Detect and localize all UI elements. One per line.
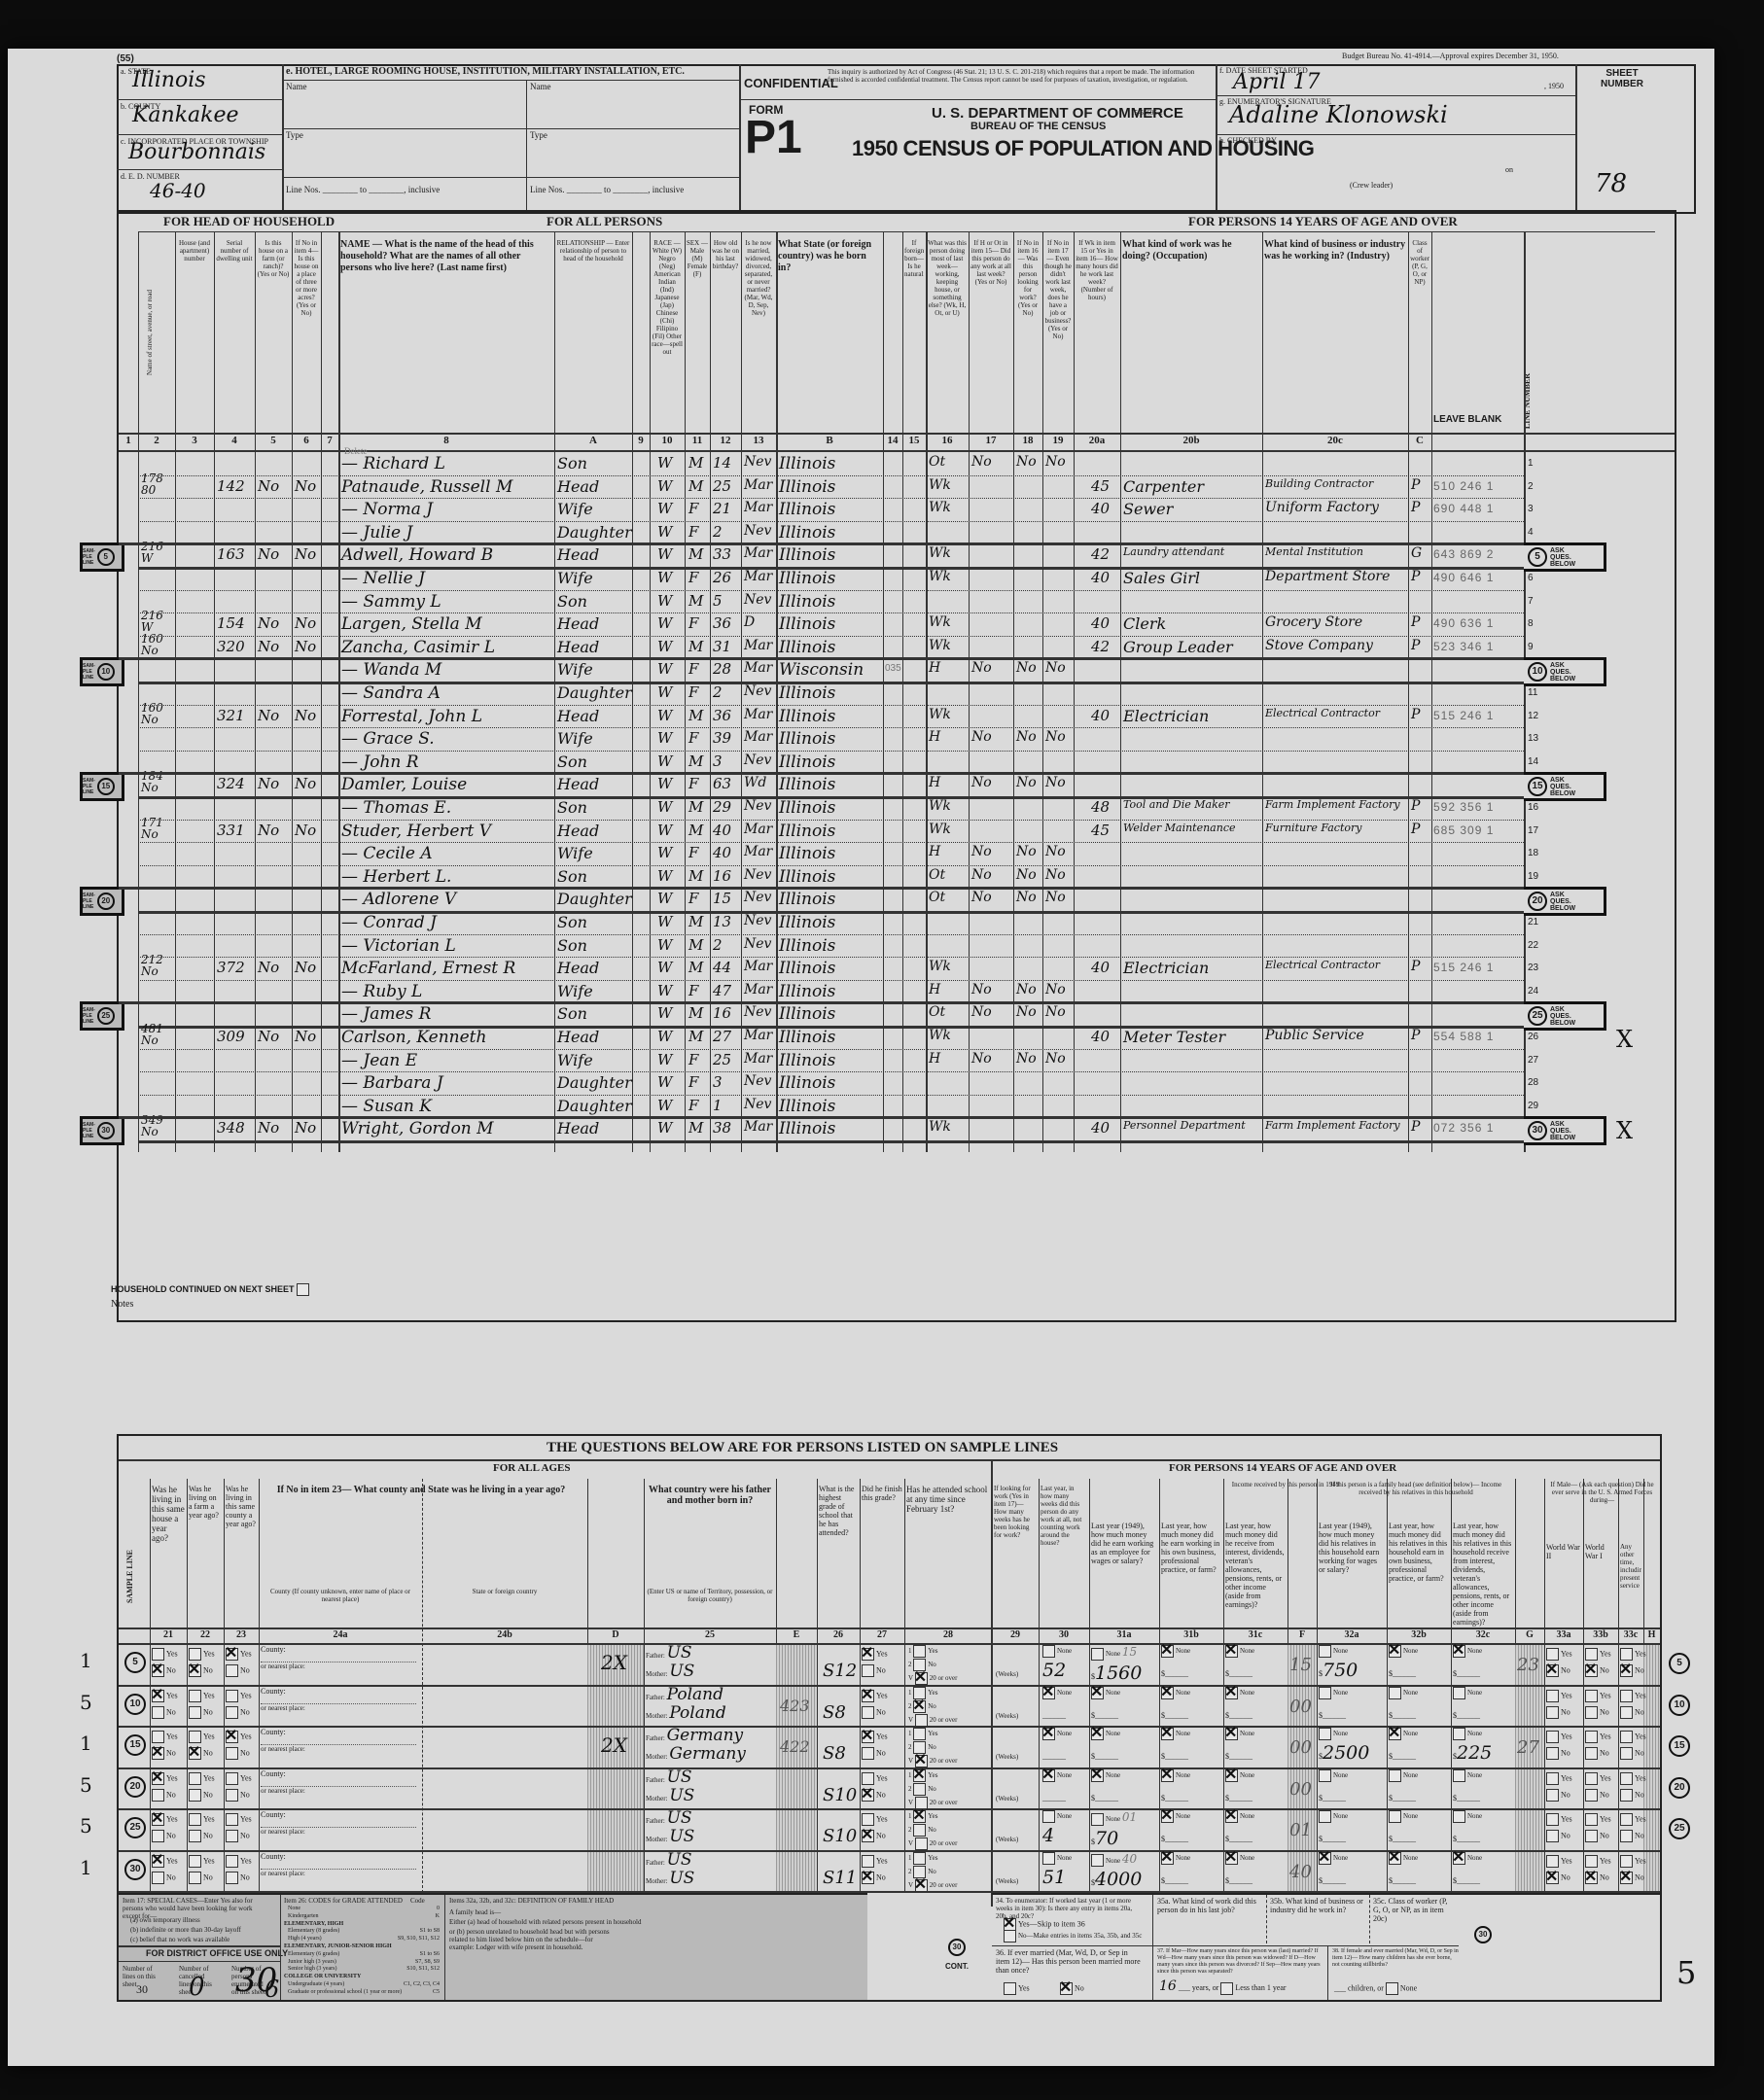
c30-field[interactable]: None4 — [1042, 1810, 1072, 1846]
race-cell[interactable]: W — [657, 1051, 672, 1068]
age-cell[interactable]: 63 — [713, 775, 731, 792]
marital-cell[interactable]: Mar — [744, 982, 772, 997]
dwelling-cell[interactable]: 320 — [217, 638, 245, 655]
race-cell[interactable]: W — [657, 936, 672, 954]
has_job-cell[interactable]: No — [1045, 1051, 1066, 1067]
sex-cell[interactable]: F — [688, 775, 698, 792]
marital-cell[interactable]: Nev — [744, 752, 771, 768]
birthplace-cell[interactable]: Illinois — [779, 982, 835, 1001]
age-cell[interactable]: 40 — [713, 844, 731, 861]
weeks-looking[interactable]: (Weeks) — [996, 1808, 1018, 1843]
race-cell[interactable]: W — [657, 775, 672, 792]
dwelling-cell[interactable]: 324 — [217, 775, 245, 792]
dwelling-cell[interactable]: 309 — [217, 1028, 245, 1045]
marital-cell[interactable]: Mar — [744, 822, 772, 837]
relationship-cell[interactable]: Head — [557, 638, 599, 656]
c27-checkbox[interactable]: YesNo — [862, 1648, 888, 1677]
looking-cell[interactable]: No — [1016, 1004, 1037, 1020]
sex-cell[interactable]: F — [688, 844, 698, 861]
parents-birthplace[interactable]: Father: GermanyMother: Germany — [646, 1726, 746, 1767]
activity-cell[interactable]: Wk — [929, 1119, 951, 1135]
weeks-looking[interactable]: (Weeks) — [996, 1767, 1018, 1802]
hours-cell[interactable]: 45 — [1091, 477, 1110, 495]
house-cell[interactable]: 80 — [141, 483, 156, 497]
occupation-cell[interactable]: Sewer — [1123, 500, 1173, 518]
marital-cell[interactable]: Mar — [744, 1051, 772, 1067]
c22-checkbox[interactable]: YesNo — [189, 1690, 215, 1719]
c31b-field[interactable]: None$______ — [1161, 1728, 1190, 1764]
age-cell[interactable]: 5 — [713, 592, 723, 610]
age-cell[interactable]: 28 — [713, 660, 731, 678]
c33a-checkbox[interactable]: YesNo — [1546, 1855, 1572, 1884]
farm-cell[interactable]: No — [258, 707, 279, 724]
birthplace-cell[interactable]: Illinois — [779, 890, 835, 909]
marital-cell[interactable]: Nev — [744, 454, 771, 470]
c31b-field[interactable]: None$______ — [1161, 1645, 1190, 1681]
birthplace-cell[interactable]: Illinois — [779, 1051, 835, 1070]
county-field[interactable]: County:or nearest place: — [261, 1810, 416, 1836]
c22-checkbox[interactable]: YesNo — [189, 1855, 215, 1884]
activity-cell[interactable]: Ot — [929, 867, 945, 883]
relationship-cell[interactable]: Son — [557, 752, 587, 771]
relationship-cell[interactable]: Wife — [557, 1051, 593, 1069]
weeks-looking[interactable]: (Weeks) — [996, 1726, 1018, 1761]
sex-cell[interactable]: F — [688, 569, 698, 586]
c31a-field[interactable]: None 01$70 — [1091, 1810, 1137, 1849]
county-value[interactable]: Kankakee — [132, 103, 239, 127]
activity-cell[interactable]: H — [929, 844, 940, 859]
acres-cell[interactable]: No — [295, 822, 316, 839]
age-cell[interactable]: 3 — [713, 752, 723, 770]
sex-cell[interactable]: M — [688, 867, 703, 885]
c33c-checkbox[interactable]: YesNo — [1620, 1855, 1646, 1884]
sex-cell[interactable]: F — [688, 523, 698, 541]
age-cell[interactable]: 33 — [713, 545, 731, 563]
race-cell[interactable]: W — [657, 1073, 672, 1091]
c23-checkbox[interactable]: YesNo — [226, 1648, 252, 1677]
house-cell[interactable]: No — [141, 1033, 159, 1047]
c32a-field[interactable]: None$2500 — [1319, 1728, 1369, 1764]
c21-checkbox[interactable]: YesNo — [152, 1772, 178, 1802]
birthplace-cell[interactable]: Illinois — [779, 798, 835, 818]
c23-checkbox[interactable]: YesNo — [226, 1731, 252, 1760]
acres-cell[interactable]: No — [295, 614, 316, 632]
relationship-cell[interactable]: Head — [557, 959, 599, 977]
c33c-checkbox[interactable]: YesNo — [1620, 1813, 1646, 1842]
birthplace-cell[interactable]: Illinois — [779, 844, 835, 863]
sex-cell[interactable]: M — [688, 592, 703, 610]
farm-cell[interactable]: No — [258, 545, 279, 563]
c33b-checkbox[interactable]: YesNo — [1585, 1648, 1611, 1677]
birthplace-cell[interactable]: Illinois — [779, 569, 835, 588]
c22-checkbox[interactable]: YesNo — [189, 1772, 215, 1802]
has_job-cell[interactable]: No — [1045, 890, 1066, 905]
c31a-field[interactable]: None 40$4000 — [1091, 1852, 1142, 1891]
sex-cell[interactable]: M — [688, 638, 703, 655]
marital-cell[interactable]: Wd — [744, 775, 766, 790]
relationship-cell[interactable]: Son — [557, 1004, 587, 1023]
sex-cell[interactable]: F — [688, 982, 698, 999]
name-cell[interactable]: — Adlorene V — [341, 890, 456, 909]
relationship-cell[interactable]: Head — [557, 707, 599, 725]
c31c-field[interactable]: None$______ — [1225, 1769, 1254, 1805]
c27-checkbox[interactable]: YesNo — [862, 1731, 888, 1760]
relationship-cell[interactable]: Daughter — [557, 890, 632, 908]
class-cell[interactable]: P — [1411, 614, 1420, 630]
c22-checkbox[interactable]: YesNo — [189, 1813, 215, 1842]
sex-cell[interactable]: M — [688, 913, 703, 930]
industry-cell[interactable]: Furniture Factory — [1265, 822, 1361, 834]
sex-cell[interactable]: F — [688, 1051, 698, 1068]
c33c-checkbox[interactable]: YesNo — [1620, 1731, 1646, 1760]
c32c-field[interactable]: None$______ — [1453, 1810, 1482, 1846]
has_job-cell[interactable]: No — [1045, 729, 1066, 745]
birthplace-cell[interactable]: Wisconsin — [779, 660, 864, 680]
c32a-field[interactable]: None$______ — [1319, 1852, 1348, 1888]
sex-cell[interactable]: F — [688, 890, 698, 907]
race-cell[interactable]: W — [657, 844, 672, 861]
industry-cell[interactable]: Farm Implement Factory — [1265, 1119, 1400, 1132]
c33b-checkbox[interactable]: YesNo — [1585, 1772, 1611, 1802]
activity-cell[interactable]: Wk — [929, 959, 951, 974]
birthplace-cell[interactable]: Illinois — [779, 775, 835, 794]
marital-cell[interactable]: Nev — [744, 1073, 771, 1089]
name-cell[interactable]: — Jean E — [341, 1051, 417, 1070]
relationship-cell[interactable]: Head — [557, 545, 599, 564]
name-cell[interactable]: — Victorian L — [341, 936, 456, 956]
worked-cell[interactable]: No — [971, 982, 992, 997]
place-value[interactable]: Bourbonnais — [128, 140, 265, 164]
c33a-checkbox[interactable]: YesNo — [1546, 1690, 1572, 1719]
activity-cell[interactable]: Wk — [929, 1028, 951, 1043]
c31c-field[interactable]: None$______ — [1225, 1810, 1254, 1846]
race-cell[interactable]: W — [657, 477, 672, 495]
marital-cell[interactable]: Nev — [744, 798, 771, 814]
looking-cell[interactable]: No — [1016, 867, 1037, 883]
race-cell[interactable]: W — [657, 707, 672, 724]
birthplace-cell[interactable]: Illinois — [779, 523, 835, 542]
activity-cell[interactable]: Ot — [929, 1004, 945, 1020]
age-cell[interactable]: 2 — [713, 936, 723, 954]
looking-cell[interactable]: No — [1016, 454, 1037, 470]
relationship-cell[interactable]: Head — [557, 614, 599, 633]
has_job-cell[interactable]: No — [1045, 660, 1066, 676]
c32c-field[interactable]: None$______ — [1453, 1852, 1482, 1888]
sex-cell[interactable]: M — [688, 822, 703, 839]
relationship-cell[interactable]: Son — [557, 867, 587, 886]
grade-attended[interactable]: S8 — [823, 1743, 846, 1764]
birthplace-cell[interactable]: Illinois — [779, 959, 835, 978]
age-cell[interactable]: 16 — [713, 867, 731, 885]
ed-value[interactable]: 46-40 — [150, 179, 206, 202]
worked-cell[interactable]: No — [971, 454, 992, 470]
industry-cell[interactable]: Public Service — [1265, 1028, 1364, 1043]
activity-cell[interactable]: H — [929, 660, 940, 676]
name-cell[interactable]: — Cecile A — [341, 844, 433, 863]
farm-cell[interactable]: No — [258, 614, 279, 632]
sex-cell[interactable]: M — [688, 936, 703, 954]
c31c-field[interactable]: None$______ — [1225, 1852, 1254, 1888]
house-cell[interactable]: No — [141, 1125, 159, 1138]
c31a-field[interactable]: None$______ — [1091, 1769, 1120, 1805]
occupation-cell[interactable]: Electrician — [1123, 707, 1209, 725]
name-cell[interactable]: Adwell, Howard B — [341, 545, 493, 565]
house-cell[interactable]: No — [141, 827, 159, 841]
c31b-field[interactable]: None$______ — [1161, 1852, 1190, 1888]
c33b-checkbox[interactable]: YesNo — [1585, 1855, 1611, 1884]
c21-checkbox[interactable]: YesNo — [152, 1648, 178, 1677]
age-cell[interactable]: 36 — [713, 707, 731, 724]
race-cell[interactable]: W — [657, 798, 672, 816]
marital-cell[interactable]: Nev — [744, 592, 771, 608]
acres-cell[interactable]: No — [295, 959, 316, 976]
house-cell[interactable]: No — [141, 964, 159, 978]
c32c-field[interactable]: None$______ — [1453, 1687, 1482, 1723]
name-cell[interactable]: — John R — [341, 752, 419, 772]
relationship-cell[interactable]: Son — [557, 454, 587, 472]
c30-field[interactable]: None______ — [1042, 1769, 1072, 1805]
activity-cell[interactable]: H — [929, 729, 940, 745]
industry-cell[interactable]: Electrical Contractor — [1265, 707, 1380, 719]
age-cell[interactable]: 36 — [713, 614, 731, 632]
farm-cell[interactable]: No — [258, 822, 279, 839]
marital-cell[interactable]: D — [744, 614, 755, 630]
occupation-cell[interactable]: Tool and Die Maker — [1123, 798, 1230, 811]
age-cell[interactable]: 1 — [713, 1097, 723, 1114]
hours-cell[interactable]: 48 — [1091, 798, 1110, 816]
looking-cell[interactable]: No — [1016, 890, 1037, 905]
grade-attended[interactable]: S10 — [823, 1785, 857, 1805]
race-cell[interactable]: W — [657, 913, 672, 930]
race-cell[interactable]: W — [657, 982, 672, 999]
industry-cell[interactable]: Farm Implement Factory — [1265, 798, 1400, 811]
relationship-cell[interactable]: Daughter — [557, 683, 632, 702]
hours-cell[interactable]: 40 — [1091, 569, 1110, 586]
dwelling-cell[interactable]: 154 — [217, 614, 245, 632]
age-cell[interactable]: 47 — [713, 982, 731, 999]
has_job-cell[interactable]: No — [1045, 775, 1066, 790]
hours-cell[interactable]: 40 — [1091, 1028, 1110, 1045]
c33a-checkbox[interactable]: YesNo — [1546, 1648, 1572, 1677]
class-cell[interactable]: P — [1411, 477, 1420, 493]
race-cell[interactable]: W — [657, 569, 672, 586]
relationship-cell[interactable]: Head — [557, 775, 599, 793]
weeks-looking[interactable]: (Weeks) — [996, 1685, 1018, 1720]
sex-cell[interactable]: M — [688, 707, 703, 724]
c22-checkbox[interactable]: YesNo — [189, 1731, 215, 1760]
c27-checkbox[interactable]: YesNo — [862, 1813, 888, 1842]
sex-cell[interactable]: M — [688, 454, 703, 472]
activity-cell[interactable]: Wk — [929, 614, 951, 630]
c21-checkbox[interactable]: YesNo — [152, 1855, 178, 1884]
name-cell[interactable]: — Thomas E. — [341, 798, 451, 818]
parents-birthplace[interactable]: Father: USMother: US — [646, 1767, 694, 1808]
race-cell[interactable]: W — [657, 523, 672, 541]
relationship-cell[interactable]: Head — [557, 1119, 599, 1137]
hours-cell[interactable]: 42 — [1091, 638, 1110, 655]
farm-cell[interactable]: No — [258, 959, 279, 976]
name-cell[interactable]: Wright, Gordon M — [341, 1119, 494, 1138]
birthplace-cell[interactable]: Illinois — [779, 500, 835, 519]
has_job-cell[interactable]: No — [1045, 982, 1066, 997]
c33a-checkbox[interactable]: YesNo — [1546, 1772, 1572, 1802]
race-cell[interactable]: W — [657, 500, 672, 517]
worked-cell[interactable]: No — [971, 1004, 992, 1020]
grade-attended[interactable]: S10 — [823, 1826, 857, 1846]
sex-cell[interactable]: M — [688, 545, 703, 563]
sex-cell[interactable]: M — [688, 959, 703, 976]
marital-cell[interactable]: Nev — [744, 936, 771, 952]
marital-cell[interactable]: Mar — [744, 569, 772, 584]
house-cell[interactable]: No — [141, 713, 159, 726]
activity-cell[interactable]: H — [929, 1051, 940, 1067]
has_job-cell[interactable]: No — [1045, 454, 1066, 470]
has_job-cell[interactable]: No — [1045, 1004, 1066, 1020]
occupation-cell[interactable]: Clerk — [1123, 614, 1166, 633]
c30-field[interactable]: None______ — [1042, 1687, 1072, 1723]
c32b-field[interactable]: None$______ — [1389, 1645, 1418, 1681]
name-cell[interactable]: — Sandra A — [341, 683, 441, 703]
relationship-cell[interactable]: Daughter — [557, 1097, 632, 1115]
sex-cell[interactable]: F — [688, 1097, 698, 1114]
race-cell[interactable]: W — [657, 1004, 672, 1022]
farm-cell[interactable]: No — [258, 1028, 279, 1045]
age-cell[interactable]: 16 — [713, 1004, 731, 1022]
name-cell[interactable]: — Richard L — [341, 454, 445, 473]
name-cell[interactable]: Patnaude, Russell M — [341, 477, 512, 497]
hours-cell[interactable]: 40 — [1091, 500, 1110, 517]
relationship-cell[interactable]: Son — [557, 913, 587, 931]
birthplace-cell[interactable]: Illinois — [779, 867, 835, 887]
class-cell[interactable]: P — [1411, 1028, 1420, 1043]
c27-checkbox[interactable]: YesNo — [862, 1855, 888, 1884]
c32b-field[interactable]: None$______ — [1389, 1687, 1418, 1723]
relationship-cell[interactable]: Wife — [557, 569, 593, 587]
worked-cell[interactable]: No — [971, 844, 992, 859]
school-attendance[interactable]: 1 Yes2 NoV 20 or over — [908, 1769, 957, 1809]
birthplace-cell[interactable]: Illinois — [779, 729, 835, 749]
county-field[interactable]: County:or nearest place: — [261, 1728, 416, 1753]
race-cell[interactable]: W — [657, 1028, 672, 1045]
name-cell[interactable]: Zancha, Casimir L — [341, 638, 495, 657]
c27-checkbox[interactable]: YesNo — [862, 1772, 888, 1802]
sex-cell[interactable]: M — [688, 798, 703, 816]
activity-cell[interactable]: Wk — [929, 569, 951, 584]
school-attendance[interactable]: 1 Yes2 NoV 20 or over — [908, 1728, 957, 1767]
dwelling-cell[interactable]: 372 — [217, 959, 245, 976]
activity-cell[interactable]: H — [929, 775, 940, 790]
marital-cell[interactable]: Mar — [744, 638, 772, 653]
acres-cell[interactable]: No — [295, 1028, 316, 1045]
occupation-cell[interactable]: Electrician — [1123, 959, 1209, 977]
marital-cell[interactable]: Nev — [744, 683, 771, 699]
marital-cell[interactable]: Mar — [744, 477, 772, 493]
hours-cell[interactable]: 40 — [1091, 1119, 1110, 1137]
c33c-checkbox[interactable]: YesNo — [1620, 1648, 1646, 1677]
industry-cell[interactable]: Building Contractor — [1265, 477, 1373, 490]
c32b-field[interactable]: None$______ — [1389, 1852, 1418, 1888]
dwelling-cell[interactable]: 142 — [217, 477, 245, 495]
birthplace-cell[interactable]: Illinois — [779, 614, 835, 634]
birthplace-cell[interactable]: Illinois — [779, 1119, 835, 1138]
sex-cell[interactable]: M — [688, 1028, 703, 1045]
q37-answer[interactable]: 16 ___ years, or Less than 1 year — [1159, 1978, 1287, 1995]
industry-cell[interactable]: Uniform Factory — [1265, 500, 1379, 515]
activity-cell[interactable]: Wk — [929, 707, 951, 722]
occupation-cell[interactable]: Group Leader — [1123, 638, 1233, 656]
looking-cell[interactable]: No — [1016, 1051, 1037, 1067]
activity-cell[interactable]: Ot — [929, 454, 945, 470]
county-field[interactable]: County:or nearest place: — [261, 1687, 416, 1712]
relationship-cell[interactable]: Son — [557, 798, 587, 817]
relationship-cell[interactable]: Head — [557, 822, 599, 840]
age-cell[interactable]: 29 — [713, 798, 731, 816]
farm-cell[interactable]: No — [258, 775, 279, 792]
q36-no[interactable]: No — [1060, 1982, 1084, 1995]
state-value[interactable]: Illinois — [132, 68, 206, 92]
relationship-cell[interactable]: Son — [557, 936, 587, 955]
c27-checkbox[interactable]: YesNo — [862, 1690, 888, 1719]
dwelling-cell[interactable]: 331 — [217, 822, 245, 839]
age-cell[interactable]: 44 — [713, 959, 731, 976]
parents-birthplace[interactable]: Father: USMother: US — [646, 1808, 694, 1849]
name-cell[interactable]: — Sammy L — [341, 592, 441, 612]
age-cell[interactable]: 26 — [713, 569, 731, 586]
marital-cell[interactable]: Mar — [744, 959, 772, 974]
relationship-cell[interactable]: Wife — [557, 500, 593, 518]
c31b-field[interactable]: None$______ — [1161, 1687, 1190, 1723]
c33b-checkbox[interactable]: YesNo — [1585, 1690, 1611, 1719]
county-field[interactable]: County:or nearest place: — [261, 1645, 416, 1670]
marital-cell[interactable]: Mar — [744, 660, 772, 676]
birthplace-cell[interactable]: Illinois — [779, 1073, 835, 1093]
sex-cell[interactable]: F — [688, 683, 698, 701]
c23-checkbox[interactable]: YesNo — [226, 1690, 252, 1719]
q34-no[interactable]: No—Make entries in items 35a, 35b, and 3… — [1004, 1930, 1142, 1942]
c33a-checkbox[interactable]: YesNo — [1546, 1731, 1572, 1760]
activity-cell[interactable]: Wk — [929, 545, 951, 561]
c23-checkbox[interactable]: YesNo — [226, 1772, 252, 1802]
age-cell[interactable]: 14 — [713, 454, 731, 472]
birthplace-cell[interactable]: Illinois — [779, 1097, 835, 1116]
cancelled-value[interactable]: 0 — [189, 1973, 205, 2002]
acres-cell[interactable]: No — [295, 775, 316, 792]
age-cell[interactable]: 3 — [713, 1073, 723, 1091]
marital-cell[interactable]: Nev — [744, 1004, 771, 1020]
c33c-checkbox[interactable]: YesNo — [1620, 1690, 1646, 1719]
dwelling-cell[interactable]: 163 — [217, 545, 245, 563]
has_job-cell[interactable]: No — [1045, 844, 1066, 859]
race-cell[interactable]: W — [657, 1119, 672, 1137]
birthplace-cell[interactable]: Illinois — [779, 913, 835, 932]
c23-checkbox[interactable]: YesNo — [226, 1813, 252, 1842]
hours-cell[interactable]: 45 — [1091, 822, 1110, 839]
worked-cell[interactable]: No — [971, 1051, 992, 1067]
sex-cell[interactable]: M — [688, 1004, 703, 1022]
age-cell[interactable]: 40 — [713, 822, 731, 839]
c32a-field[interactable]: None$______ — [1319, 1810, 1348, 1846]
industry-cell[interactable]: Department Store — [1265, 569, 1390, 584]
c32c-field[interactable]: None$______ — [1453, 1645, 1482, 1681]
farm-cell[interactable]: No — [258, 477, 279, 495]
c31c-field[interactable]: None$______ — [1225, 1728, 1254, 1764]
name-cell[interactable]: — Conrad J — [341, 913, 437, 932]
worked-cell[interactable]: No — [971, 890, 992, 905]
c23-checkbox[interactable]: YesNo — [226, 1855, 252, 1884]
dwelling-cell[interactable]: 321 — [217, 707, 245, 724]
birthplace-cell[interactable]: Illinois — [779, 592, 835, 612]
age-cell[interactable]: 31 — [713, 638, 731, 655]
